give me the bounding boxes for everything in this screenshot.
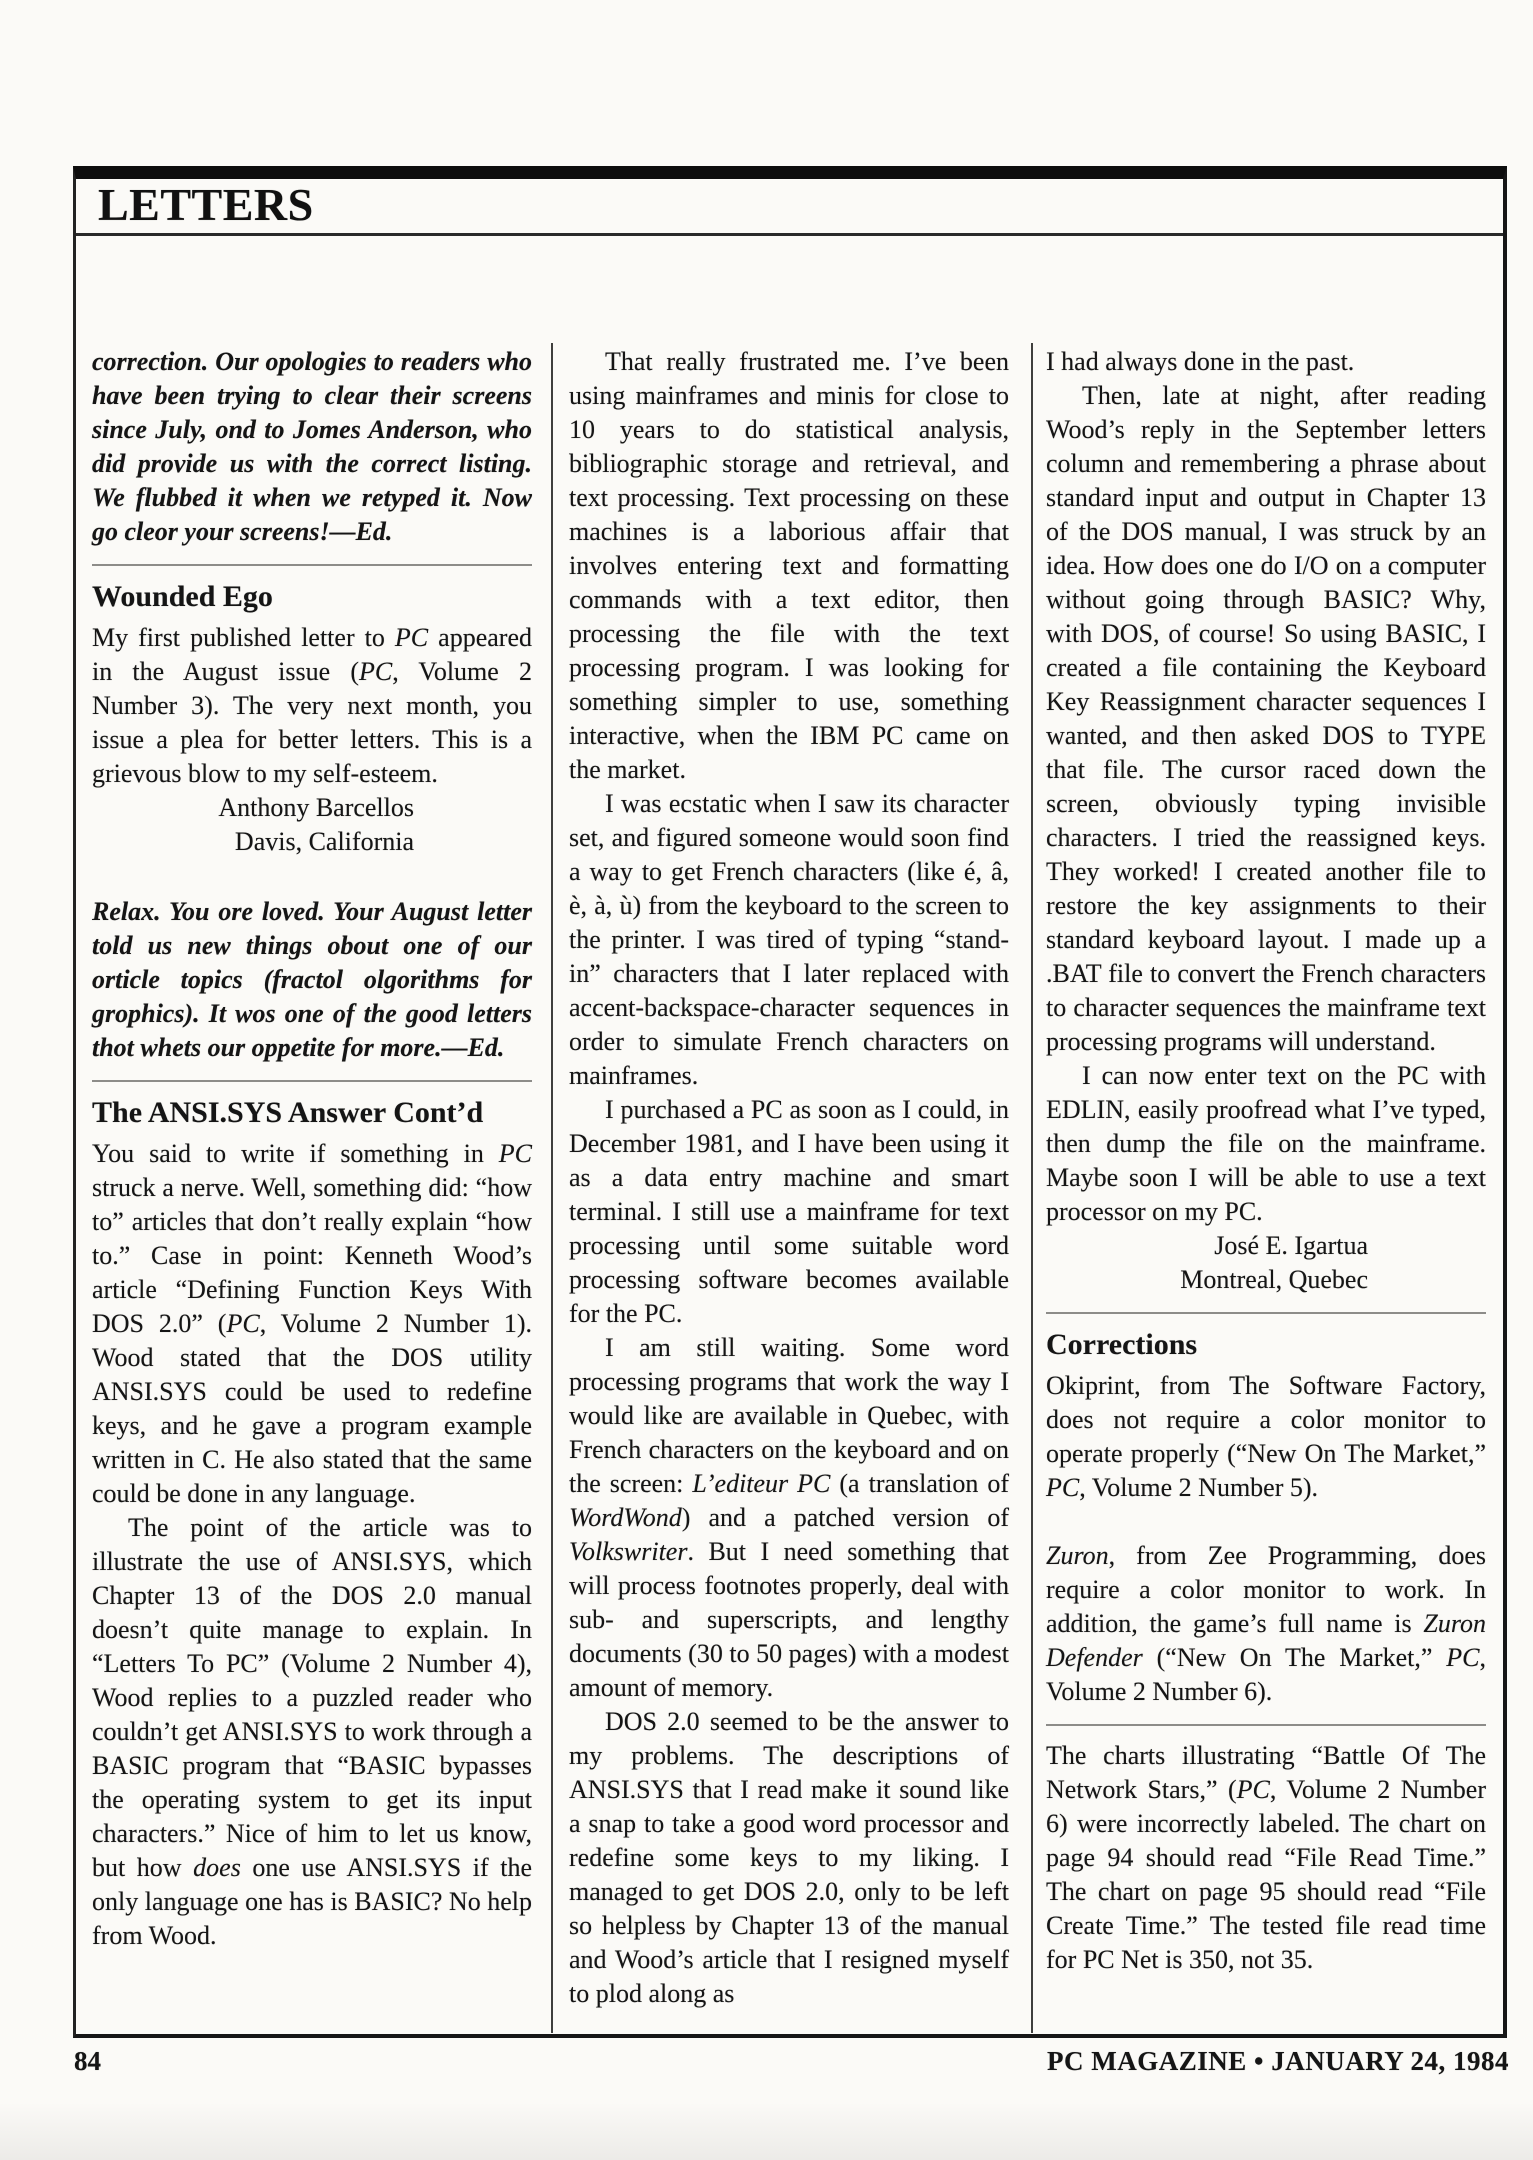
letter-heading: Corrections [1046,1327,1486,1363]
issue-line: PC MAGAZINE • JANUARY 24, 1984 [1047,2046,1509,2077]
letter-heading: Wounded Ego [92,579,532,615]
section-rule [1046,1724,1486,1726]
signature-line: Montreal, Quebec [1046,1263,1368,1297]
magazine-page: { "header": { "title": "LETTERS" }, "foo… [0,0,1533,2160]
body-paragraph: The point of the article was to illustra… [92,1511,532,1953]
body-paragraph: Then, late at night, after reading Wood’… [1046,379,1486,1059]
section-rule [1046,1312,1486,1314]
text-column-2: That really frustrated me. I’ve been usi… [569,345,1009,2011]
page-number: 84 [74,2046,101,2077]
signature-line: Anthony Barcellos [92,791,414,825]
text-column-3: I had always done in the past.Then, late… [1046,345,1486,1977]
signature-line: Davis, California [92,825,414,859]
body-paragraph: I can now enter text on the PC with EDLI… [1046,1059,1486,1229]
body-paragraph: You said to write if something in PC str… [92,1137,532,1511]
column-divider [1031,343,1033,2033]
editor-note: correction. Our opologies to readers who… [92,345,532,549]
letter-heading: The ANSI.SYS Answer Cont’d [92,1095,532,1131]
body-paragraph: Okiprint, from The Software Factory, doe… [1046,1369,1486,1505]
scan-shadow [0,2102,1533,2160]
body-paragraph: DOS 2.0 seemed to be the answer to my pr… [569,1705,1009,2011]
body-paragraph: I am still waiting. Some word processing… [569,1331,1009,1705]
section-rule [92,564,532,566]
signature: José E. IgartuaMontreal, Quebec [1046,1229,1486,1297]
body-paragraph: I had always done in the past. [1046,345,1486,379]
letters-header-band: LETTERS [76,179,1503,236]
body-paragraph: Zuron, from Zee Programming, does requir… [1046,1539,1486,1709]
signature-line: José E. Igartua [1046,1229,1368,1263]
body-paragraph: The charts illustrating “Battle Of The N… [1046,1739,1486,1977]
body-paragraph: I purchased a PC as soon as I could, in … [569,1093,1009,1331]
column-divider [551,343,553,2033]
body-paragraph: I was ecstatic when I saw its character … [569,787,1009,1093]
text-column-1: correction. Our opologies to readers who… [92,345,532,1953]
section-rule [92,1080,532,1082]
signature: Anthony BarcellosDavis, California [92,791,532,859]
body-paragraph: My first published letter to PC appeared… [92,621,532,791]
page-title: LETTERS [98,182,314,228]
body-paragraph: That really frustrated me. I’ve been usi… [569,345,1009,787]
editor-note: Relax. You ore loved. Your August letter… [92,895,532,1065]
